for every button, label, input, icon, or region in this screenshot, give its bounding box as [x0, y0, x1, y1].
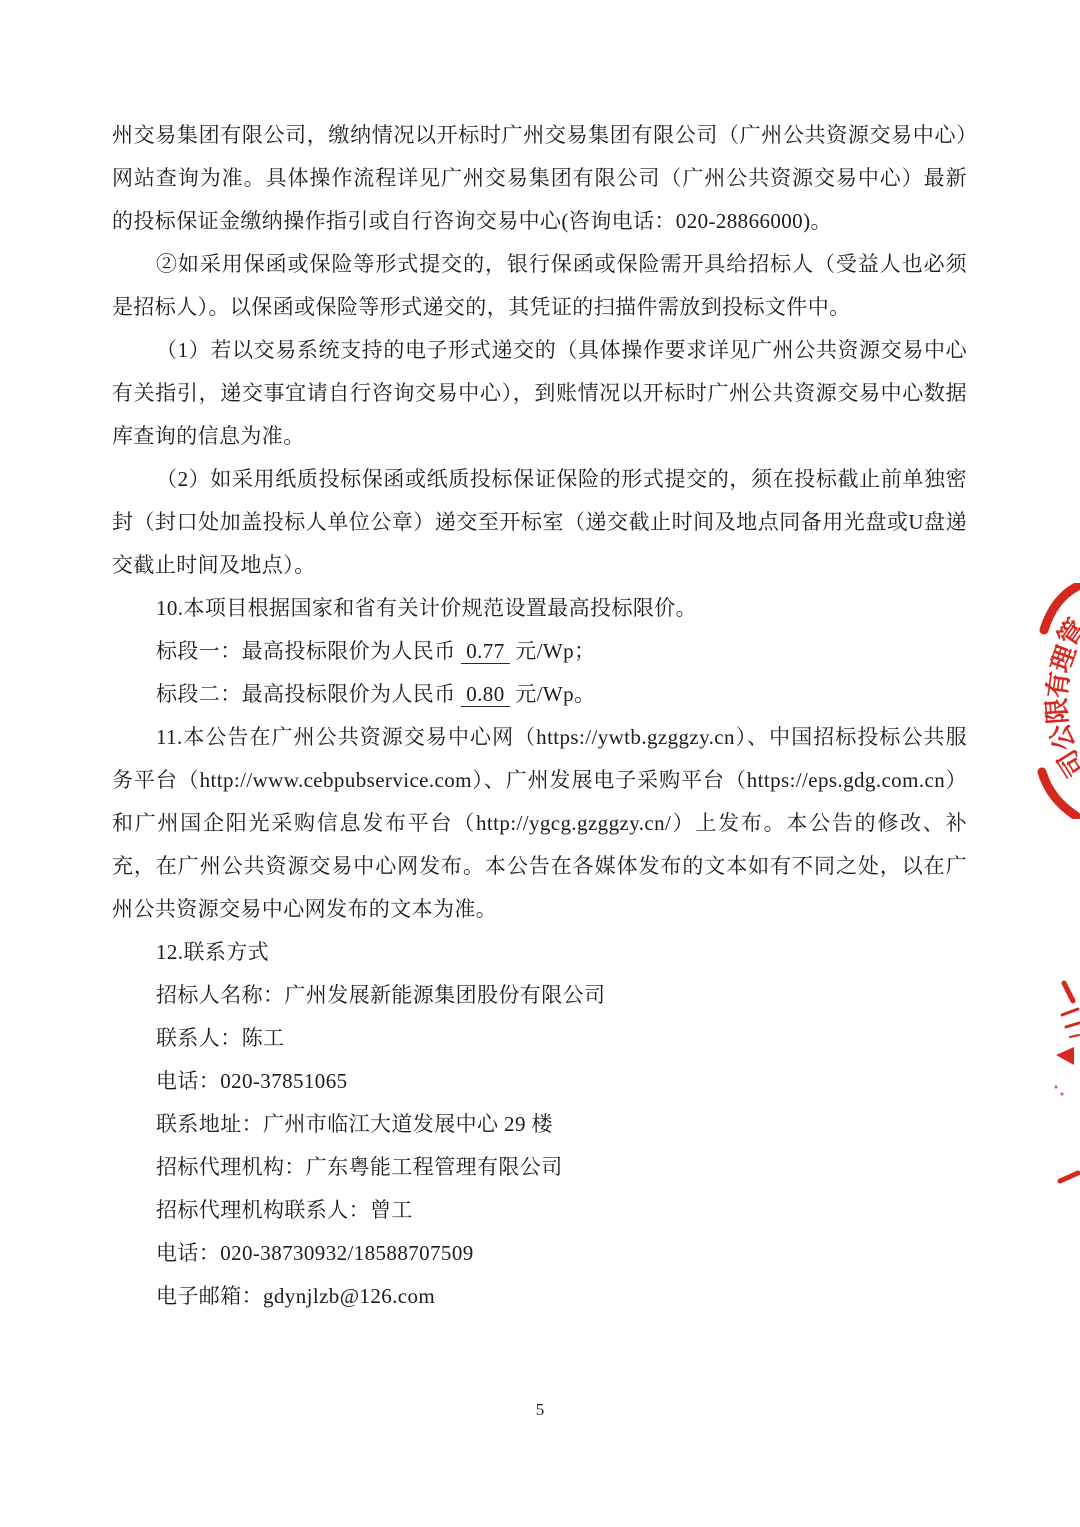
company-seal-stamp: 管 理 有 限 公 司: [1032, 583, 1080, 819]
seal-fragment-stroke-1: [1064, 983, 1073, 1001]
price-1-suffix: 元/Wp；: [510, 639, 596, 663]
agency-email-line: 电子邮箱：gdynjlzb@126.com: [112, 1275, 967, 1318]
contact-section-title: 12.联系方式: [112, 931, 967, 974]
seal-fragment-stroke-3: [1066, 1023, 1079, 1027]
document-page: 州交易集团有限公司，缴纳情况以开标时广州交易集团有限公司（广州公共资源交易中心）…: [0, 0, 1080, 1527]
price-1-prefix: 标段一：最高投标限价为人民币: [156, 639, 461, 663]
price-limit-section-2: 标段二：最高投标限价为人民币 0.80 元/Wp。: [112, 673, 967, 716]
agency-contact-person-line: 招标代理机构联系人：曾工: [112, 1189, 967, 1232]
contact-person-line: 联系人：陈工: [112, 1017, 967, 1060]
paragraph-electronic-submission: （1）若以交易系统支持的电子形式递交的（具体操作要求详见广州公共资源交易中心有关…: [112, 329, 967, 458]
paragraph-paper-submission: （2）如采用纸质投标保函或纸质投标保证保险的形式提交的，须在投标截止前单独密封（…: [112, 458, 967, 587]
seal-fragment-stroke-2: [1062, 1009, 1078, 1015]
seal-char-3: 限: [1041, 697, 1073, 725]
price-2-prefix: 标段二：最高投标限价为人民币: [156, 682, 461, 706]
contact-phone-line: 电话：020-37851065: [112, 1060, 967, 1103]
seal-arc-text: 管 理 有 限 公 司: [1041, 613, 1080, 782]
seal-char-2: 有: [1041, 670, 1074, 700]
seal-fragment-dot-1: [1054, 1085, 1057, 1088]
agency-phone-line: 电话：020-38730932/18588707509: [112, 1232, 967, 1275]
page-number: 5: [0, 1400, 1080, 1420]
price-2-value-underlined: 0.80: [461, 682, 509, 707]
price-limit-title: 10.本项目根据国家和省有关计价规范设置最高投标限价。: [112, 587, 967, 630]
price-2-suffix: 元/Wp。: [510, 682, 596, 706]
price-1-value-underlined: 0.77: [461, 639, 509, 664]
agency-name-line: 招标代理机构：广东粤能工程管理有限公司: [112, 1146, 967, 1189]
seal-fragment-stroke-5: [1060, 1173, 1078, 1181]
seal-fragments: [1048, 975, 1080, 1265]
tenderer-name-line: 招标人名称：广州发展新能源集团股份有限公司: [112, 974, 967, 1017]
paragraph-guarantee-letter: ②如采用保函或保险等形式提交的，银行保函或保险需开具给招标人（受益人也必须是招标…: [112, 243, 967, 329]
seal-fragment-dot-2: [1060, 1092, 1063, 1095]
paragraph-deposit-payment: 州交易集团有限公司，缴纳情况以开标时广州交易集团有限公司（广州公共资源交易中心）…: [112, 114, 967, 243]
contact-address-line: 联系地址：广州市临江大道发展中心 29 楼: [112, 1103, 967, 1146]
announcement-body: 州交易集团有限公司，缴纳情况以开标时广州交易集团有限公司（广州公共资源交易中心）…: [112, 114, 967, 1318]
price-limit-section-1: 标段一：最高投标限价为人民币 0.77 元/Wp；: [112, 630, 967, 673]
seal-fragment-triangle: [1056, 1047, 1074, 1065]
seal-fragment-stroke-4: [1070, 1035, 1079, 1037]
paragraph-publication-websites: 11.本公告在广州公共资源交易中心网（https://ywtb.gzggzy.c…: [112, 716, 967, 931]
